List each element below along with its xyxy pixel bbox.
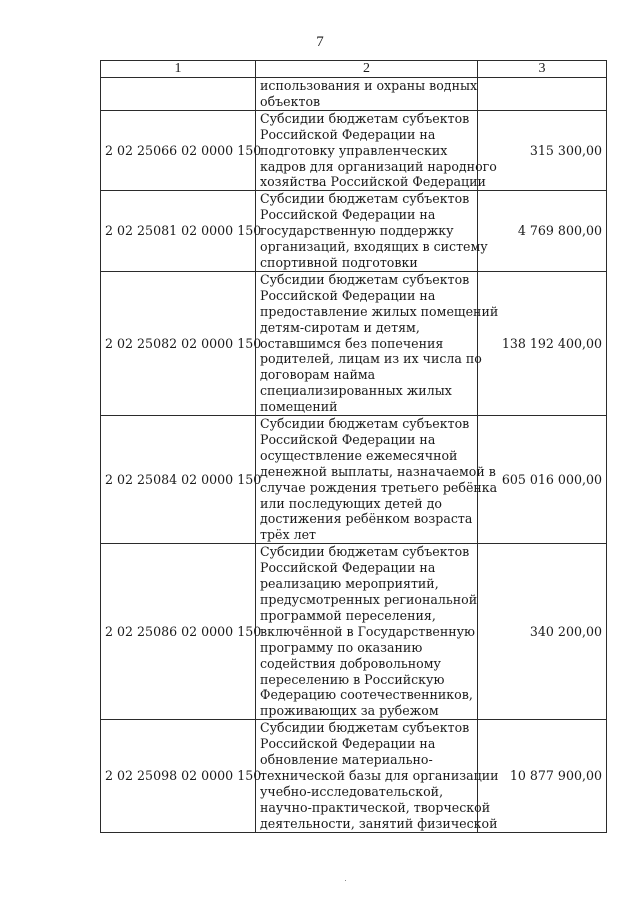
- description-line: программу по оказанию: [260, 640, 473, 656]
- description-line: предусмотренных региональной: [260, 592, 473, 608]
- description-line: государственную поддержку: [260, 223, 473, 239]
- description-line: деятельности, занятий физической: [260, 816, 473, 832]
- table-row: 2 02 25081 02 0000 150Субсидии бюджетам …: [101, 191, 607, 272]
- amount-value: [478, 78, 607, 111]
- table-row: 2 02 25082 02 0000 150Субсидии бюджетам …: [101, 271, 607, 415]
- description-line: Российской Федерации на: [260, 127, 473, 143]
- budget-classification-code: 2 02 25086 02 0000 150: [101, 544, 256, 720]
- description-line: Российской Федерации на: [260, 207, 473, 223]
- budget-classification-code: 2 02 25066 02 0000 150: [101, 110, 256, 191]
- description-line: Субсидии бюджетам субъектов: [260, 720, 473, 736]
- amount-value: 315 300,00: [478, 110, 607, 191]
- budget-classification-code: 2 02 25082 02 0000 150: [101, 271, 256, 415]
- description-line: обновление материально-: [260, 752, 473, 768]
- description-line: осуществление ежемесячной: [260, 448, 473, 464]
- description-line: Российской Федерации на: [260, 560, 473, 576]
- table-body: использования и охраны водныхобъектов2 0…: [101, 78, 607, 833]
- description-line: Субсидии бюджетам субъектов: [260, 272, 473, 288]
- description-line: научно-практической, творческой: [260, 800, 473, 816]
- description-line: специализированных жилых: [260, 383, 473, 399]
- description-line: или последующих детей до: [260, 496, 473, 512]
- revenue-description: использования и охраны водныхобъектов: [256, 78, 478, 111]
- description-line: оставшимся без попечения: [260, 336, 473, 352]
- description-line: подготовку управленческих: [260, 143, 473, 159]
- description-line: Субсидии бюджетам субъектов: [260, 111, 473, 127]
- budget-classification-code: [101, 78, 256, 111]
- revenue-description: Субсидии бюджетам субъектовРоссийской Фе…: [256, 720, 478, 832]
- budget-classification-code: 2 02 25084 02 0000 150: [101, 416, 256, 544]
- revenue-description: Субсидии бюджетам субъектовРоссийской Фе…: [256, 416, 478, 544]
- column-header-amount: 3: [478, 61, 607, 78]
- page-number: 7: [0, 33, 640, 51]
- description-line: кадров для организаций народного: [260, 159, 473, 175]
- amount-value: 138 192 400,00: [478, 271, 607, 415]
- table-row: использования и охраны водныхобъектов: [101, 78, 607, 111]
- budget-classification-code: 2 02 25081 02 0000 150: [101, 191, 256, 272]
- description-line: детям-сиротам и детям,: [260, 320, 473, 336]
- budget-revenue-table: 1 2 3 использования и охраны водныхобъек…: [100, 60, 607, 833]
- description-line: Субсидии бюджетам субъектов: [260, 191, 473, 207]
- description-line: организаций, входящих в систему: [260, 239, 473, 255]
- description-line: хозяйства Российской Федерации: [260, 174, 473, 190]
- column-number-header-row: 1 2 3: [101, 61, 607, 78]
- description-line: технической базы для организации: [260, 768, 473, 784]
- description-line: спортивной подготовки: [260, 255, 473, 271]
- table-row: 2 02 25084 02 0000 150Субсидии бюджетам …: [101, 416, 607, 544]
- description-line: договорам найма: [260, 367, 473, 383]
- description-line: Российской Федерации на: [260, 432, 473, 448]
- table-row: 2 02 25066 02 0000 150Субсидии бюджетам …: [101, 110, 607, 191]
- description-line: трёх лет: [260, 527, 473, 543]
- column-header-code: 1: [101, 61, 256, 78]
- description-line: Федерацию соотечественников,: [260, 687, 473, 703]
- description-line: достижения ребёнком возраста: [260, 511, 473, 527]
- amount-value: 340 200,00: [478, 544, 607, 720]
- description-line: учебно-исследовательской,: [260, 784, 473, 800]
- description-line: реализацию мероприятий,: [260, 576, 473, 592]
- description-line: переселению в Российскую: [260, 672, 473, 688]
- description-line: объектов: [260, 94, 473, 110]
- table-row: 2 02 25086 02 0000 150Субсидии бюджетам …: [101, 544, 607, 720]
- revenue-description: Субсидии бюджетам субъектовРоссийской Фе…: [256, 271, 478, 415]
- description-line: Субсидии бюджетам субъектов: [260, 416, 473, 432]
- revenue-description: Субсидии бюджетам субъектовРоссийской Фе…: [256, 110, 478, 191]
- table-row: 2 02 25098 02 0000 150Субсидии бюджетам …: [101, 720, 607, 832]
- description-line: включённой в Государственную: [260, 624, 473, 640]
- description-line: проживающих за рубежом: [260, 703, 473, 719]
- revenue-description: Субсидии бюджетам субъектовРоссийской Фе…: [256, 544, 478, 720]
- column-header-description: 2: [256, 61, 478, 78]
- description-line: содействия добровольному: [260, 656, 473, 672]
- amount-value: 4 769 800,00: [478, 191, 607, 272]
- budget-classification-code: 2 02 25098 02 0000 150: [101, 720, 256, 832]
- description-line: денежной выплаты, назначаемой в: [260, 464, 473, 480]
- description-line: программой переселения,: [260, 608, 473, 624]
- description-line: Российской Федерации на: [260, 736, 473, 752]
- description-line: родителей, лицам из их числа по: [260, 351, 473, 367]
- description-line: Российской Федерации на: [260, 288, 473, 304]
- revenue-description: Субсидии бюджетам субъектовРоссийской Фе…: [256, 191, 478, 272]
- description-line: Субсидии бюджетам субъектов: [260, 544, 473, 560]
- description-line: случае рождения третьего ребёнка: [260, 480, 473, 496]
- description-line: предоставление жилых помещений: [260, 304, 473, 320]
- scan-artifact: [345, 880, 346, 881]
- description-line: помещений: [260, 399, 473, 415]
- description-line: использования и охраны водных: [260, 78, 473, 94]
